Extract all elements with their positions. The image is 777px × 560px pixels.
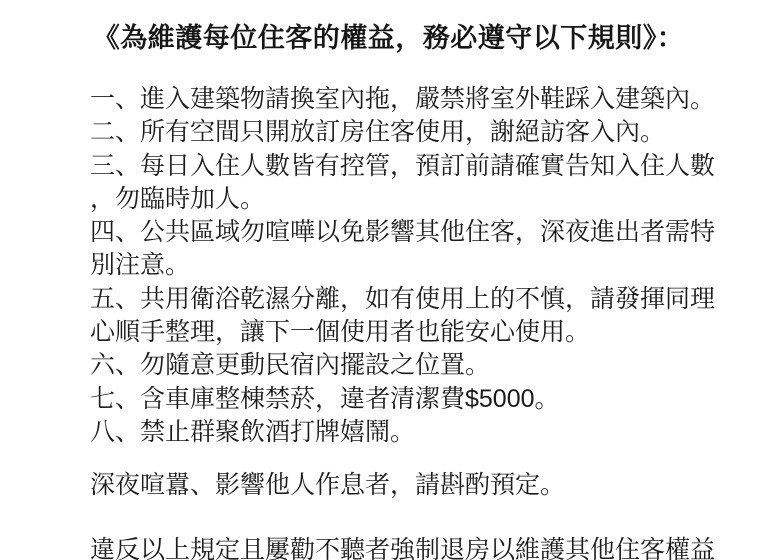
rules-list: 一、進入建築物請換室內拖，嚴禁將室外鞋踩入建築內。 二、所有空間只開放訂房住客使…	[90, 83, 747, 449]
rule-1-line-1: 一、進入建築物請換室內拖，嚴禁將室外鞋踩入建築內。	[90, 83, 747, 116]
late-night-note: 深夜喧囂、影響他人作息者，請斟酌預定。	[90, 469, 747, 502]
rule-4-line-1: 四、公共區域勿喧嘩以免影響其他住客，深夜進出者需特	[90, 216, 747, 249]
rule-3-line-2: ，勿臨時加人。	[90, 183, 747, 216]
rule-7-line-1: 七、含車庫整棟禁菸，違者清潔費$5000。	[90, 383, 747, 416]
rule-2-line-1: 二、所有空間只開放訂房住客使用，謝絕訪客入內。	[90, 116, 747, 149]
house-rules-document: 《為維護每位住客的權益，務必遵守以下規則》： 一、進入建築物請換室內拖，嚴禁將室…	[0, 0, 777, 560]
rule-8-line-1: 八、禁止群聚飲酒打牌嬉鬧。	[90, 416, 747, 449]
rule-3-line-1: 三、每日入住人數皆有控管，預訂前請確實告知入住人數	[90, 150, 747, 183]
rules-title: 《為維護每位住客的權益，務必遵守以下規則》：	[0, 21, 777, 55]
rule-6-line-1: 六、勿隨意更動民宿內擺設之位置。	[90, 349, 747, 382]
rule-5-line-2: 心順手整理，讓下一個使用者也能安心使用。	[90, 316, 747, 349]
rule-5-line-1: 五、共用衛浴乾濕分離，如有使用上的不慎，請發揮同理	[90, 283, 747, 316]
rule-4-line-2: 別注意。	[90, 249, 747, 282]
violation-warning: 違反以上規定且屢勸不聽者強制退房以維護其他住客權益	[90, 534, 747, 560]
